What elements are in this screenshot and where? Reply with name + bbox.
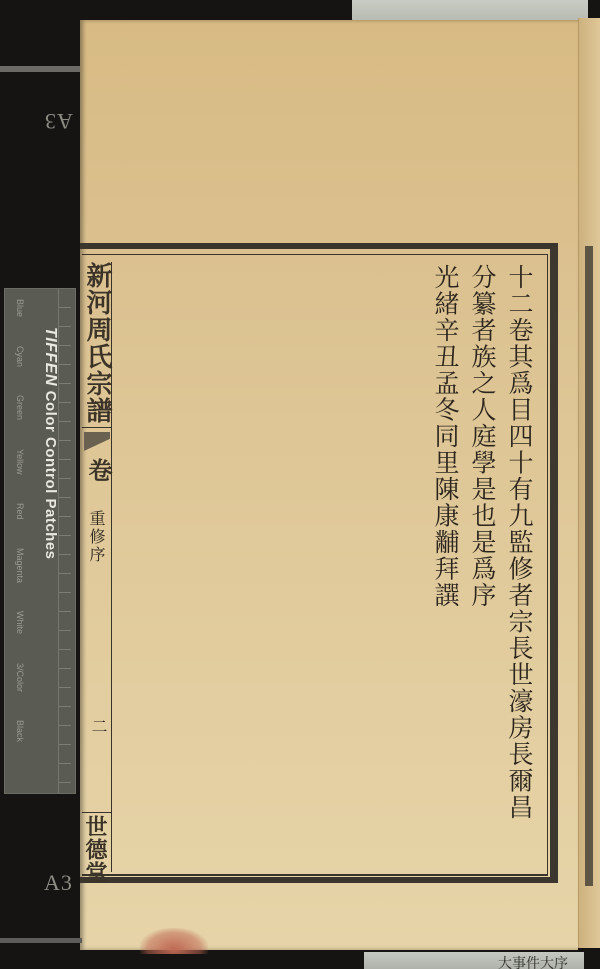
- adjacent-page-edge: [578, 18, 600, 948]
- card-title: Color Control Patches: [42, 391, 59, 560]
- scanner-bar-bottom: [0, 938, 82, 943]
- patch-label: Blue: [15, 299, 25, 317]
- card-brand-title: TIFFEN Color Control Patches: [41, 327, 59, 560]
- page-number: 二: [90, 718, 106, 734]
- book-title: 新河周氏宗譜: [84, 262, 110, 424]
- color-patch-labels: Blue Cyan Green Yellow Red Magenta White…: [15, 299, 25, 768]
- patch-label: Magenta: [15, 548, 25, 583]
- patch-label: 3/Color: [15, 663, 25, 692]
- red-seal-stamp: [140, 928, 208, 954]
- text-column: 光緒辛丑孟冬同里陳康黼拜譔: [433, 264, 458, 609]
- color-control-card: Blue Cyan Green Yellow Red Magenta White…: [4, 288, 76, 794]
- fishtail-mark-icon: [84, 432, 110, 454]
- plate-label-top: A3: [44, 108, 73, 134]
- margin-divider: [82, 812, 112, 813]
- text-column: 分纂者族之人庭學是也是爲序: [470, 264, 495, 609]
- patch-label: Cyan: [15, 346, 25, 367]
- ruler-scale: [58, 289, 71, 793]
- text-column: 十二卷其爲目四十有九監修者宗長世濠房長爾昌: [507, 264, 532, 821]
- margin-divider: [82, 427, 112, 428]
- adjacent-page-border: [585, 246, 593, 886]
- patch-label: Black: [15, 720, 25, 742]
- patch-label: Green: [15, 395, 25, 420]
- volume-marker: 卷: [86, 458, 110, 482]
- patch-label: White: [15, 611, 25, 634]
- scanner-bar-top: [0, 66, 82, 72]
- hall-name: 世德堂: [84, 815, 106, 884]
- paper-tab-top: [352, 0, 588, 22]
- tab-handwriting: 大事件大序: [498, 953, 568, 969]
- plate-label-bottom: A3: [44, 870, 73, 896]
- paper-tab-bottom: 大事件大序: [364, 952, 584, 969]
- patch-label: Red: [15, 503, 25, 520]
- patch-label: Yellow: [15, 449, 25, 475]
- section-title: 重修序: [88, 510, 104, 564]
- brand-logo: TIFFEN: [42, 327, 59, 386]
